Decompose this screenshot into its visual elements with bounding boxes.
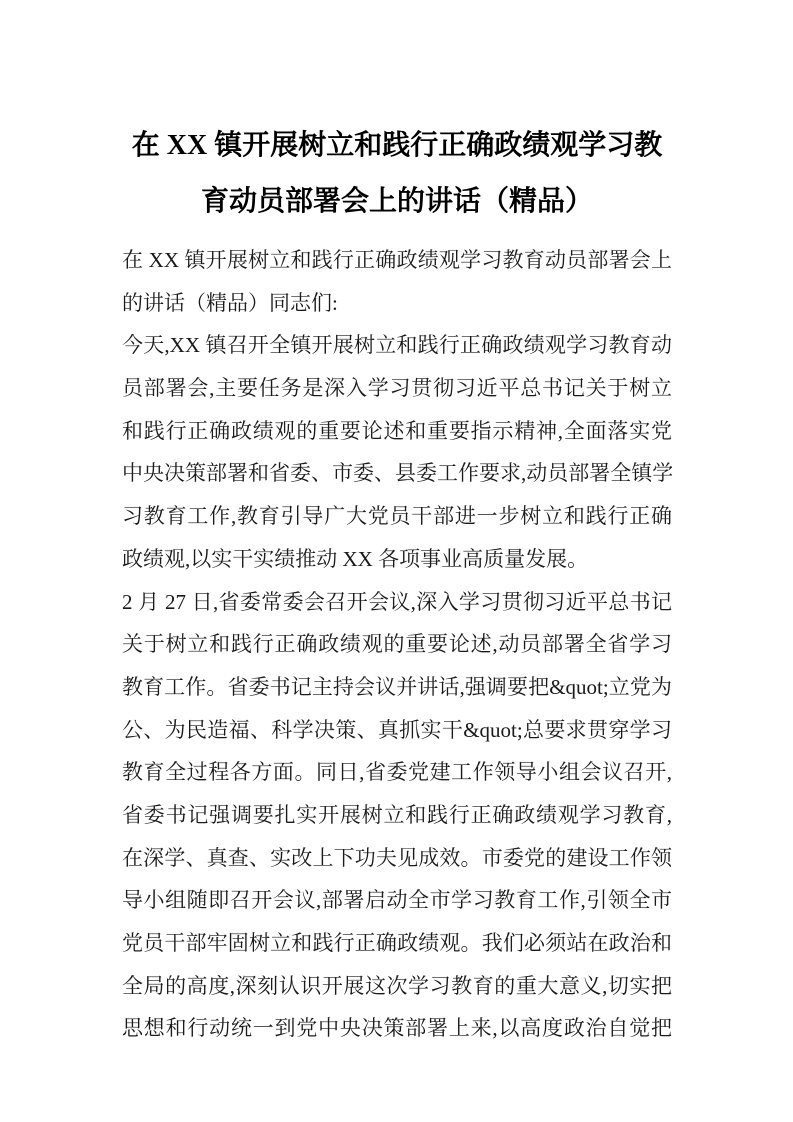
text-line: 关于树立和践行正确政绩观的重要论述,动员部署全省学习 <box>122 623 672 666</box>
text-line: 省委书记强调要扎实开展树立和践行正确政绩观学习教育, <box>122 794 672 837</box>
text-line: 的讲话（精品）同志们: <box>122 282 672 325</box>
paragraph: 2 月 27 日,省委常委会召开会议,深入学习贯彻习近平总书记关于树立和践行正确… <box>122 581 672 1051</box>
text-line: 导小组随即召开会议,部署启动全市学习教育工作,引领全市 <box>122 879 672 922</box>
title-line-2: 育动员部署会上的讲话（精品） <box>122 174 672 230</box>
text-line: 中央决策部署和省委、市委、县委工作要求,动员部署全镇学 <box>122 452 672 495</box>
text-line: 习教育工作,教育引导广大党员干部进一步树立和践行正确 <box>122 495 672 538</box>
text-line: 在 XX 镇开展树立和践行正确政绩观学习教育动员部署会上 <box>122 239 672 282</box>
text-line: 2 月 27 日,省委常委会召开会议,深入学习贯彻习近平总书记 <box>122 581 672 624</box>
text-line: 全局的高度,深刻认识开展这次学习教育的重大意义,切实把 <box>122 965 672 1008</box>
paragraph: 在 XX 镇开展树立和践行正确政绩观学习教育动员部署会上的讲话（精品）同志们: <box>122 239 672 324</box>
text-line: 教育工作。省委书记主持会议并讲话,强调要把&quot;立党为 <box>122 666 672 709</box>
text-line: 公、为民造福、科学决策、真抓实干&quot;总要求贯穿学习 <box>122 709 672 752</box>
document-content: 在 XX 镇开展树立和践行正确政绩观学习教 育动员部署会上的讲话（精品） 在 X… <box>0 0 793 1050</box>
text-line: 党员干部牢固树立和践行正确政绩观。我们必须站在政治和 <box>122 922 672 965</box>
document-body: 在 XX 镇开展树立和践行正确政绩观学习教育动员部署会上的讲话（精品）同志们:今… <box>122 239 672 1050</box>
text-line: 在深学、真查、实改上下功夫见成效。市委党的建设工作领 <box>122 837 672 880</box>
document-title: 在 XX 镇开展树立和践行正确政绩观学习教 育动员部署会上的讲话（精品） <box>122 118 672 230</box>
text-line: 政绩观,以实干实绩推动 XX 各项事业高质量发展。 <box>122 538 672 581</box>
text-line: 员部署会,主要任务是深入学习贯彻习近平总书记关于树立 <box>122 367 672 410</box>
text-line: 教育全过程各方面。同日,省委党建工作领导小组会议召开, <box>122 751 672 794</box>
text-line: 和践行正确政绩观的重要论述和重要指示精神,全面落实党 <box>122 410 672 453</box>
title-line-1: 在 XX 镇开展树立和践行正确政绩观学习教 <box>122 118 672 174</box>
document-page: 在 XX 镇开展树立和践行正确政绩观学习教 育动员部署会上的讲话（精品） 在 X… <box>0 0 793 1122</box>
text-line: 今天,XX 镇召开全镇开展树立和践行正确政绩观学习教育动 <box>122 324 672 367</box>
text-line: 思想和行动统一到党中央决策部署上来,以高度政治自觉把 <box>122 1007 672 1050</box>
paragraph: 今天,XX 镇召开全镇开展树立和践行正确政绩观学习教育动员部署会,主要任务是深入… <box>122 324 672 580</box>
